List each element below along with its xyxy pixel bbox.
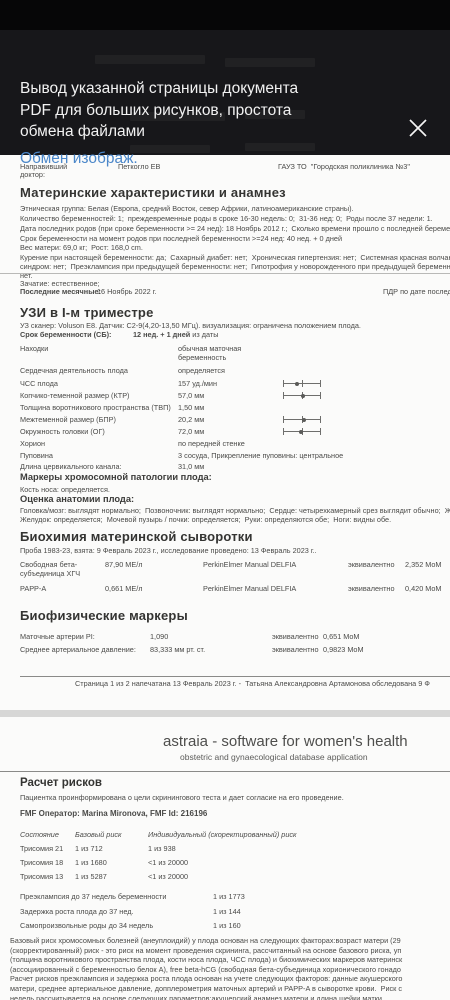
risk-row-adjusted: <1 из 20000 — [148, 873, 188, 881]
risk-row-condition: Трисомия 18 — [20, 859, 63, 867]
risk-row-adjusted: 1 из 938 — [148, 845, 176, 853]
biophys-mom: 0,9823 MoM — [323, 646, 364, 654]
uzi-row-value: 157 уд./мин — [178, 380, 217, 388]
maternal-line: синдром: нет; Преэклампсия при предыдуще… — [20, 263, 450, 271]
footer-rule — [20, 676, 450, 677]
uzi-row-label: Длина цервикального канала: — [20, 463, 122, 471]
astraia-subtitle: obstetric and gynaecological database ap… — [180, 753, 368, 763]
explanation-line: Базовый риск хромосомных болезней (анеуп… — [10, 937, 401, 945]
explanation-line: (ассоциированный с беременностью белок А… — [10, 966, 401, 974]
banner-message: Вывод указанной страницы документа PDF д… — [20, 78, 332, 143]
biochem-mom: 0,420 MoM — [405, 585, 442, 593]
uzi-row-value: 72,0 мм — [178, 428, 204, 436]
normal-range-indicator — [283, 391, 321, 400]
biophys-equiv: эквивалентно — [272, 633, 319, 641]
explanation-line: (скорректированный) риск - это риск на м… — [10, 947, 401, 955]
extra-risk-value: 1 из 160 — [213, 922, 241, 930]
uzi-row-label: Межтеменной размер (БПР) — [20, 416, 116, 424]
lmp-value: 16 Ноябрь 2022 г. — [97, 288, 157, 296]
pdf-page-2: astraia - software for women's health ob… — [0, 717, 450, 1000]
risk-calc-title: Расчет рисков — [20, 777, 102, 790]
uzi-row-label: ЧСС плода — [20, 380, 58, 388]
ga-value: 12 нед. + 1 дней из даты — [133, 331, 218, 339]
uzi-row-value: по передней стенке — [178, 440, 245, 448]
astraia-title: astraia - software for women's health — [163, 733, 408, 750]
uzi-row-label: Окружность головки (ОГ) — [20, 428, 105, 436]
maternal-line: Количество беременностей: 1; преждевреме… — [20, 215, 433, 223]
biochem-value: 87,90 МЕ/л — [105, 561, 143, 569]
biochem-method: PerkinElmer Manual DELFIA — [203, 585, 296, 593]
risk-row-adjusted: <1 из 20000 — [148, 859, 188, 867]
biochem-label: субъединица ХГЧ — [20, 570, 80, 578]
uzi-row-value: определяется — [178, 367, 225, 375]
header-rule — [0, 771, 450, 772]
normal-range-indicator — [283, 415, 321, 424]
uzi-row-label: Хорион — [20, 440, 45, 448]
biophys-value: 83,333 мм рт. ст. — [150, 646, 205, 654]
edd-note: ПДР по дате послед — [383, 288, 450, 296]
close-icon[interactable] — [402, 112, 434, 144]
anatomy-line: Желудок: определяется; Мочевой пузырь / … — [20, 516, 391, 524]
page-break-gap — [0, 710, 450, 717]
extra-risk-label: Самопроизвольные роды до 34 недель — [20, 922, 153, 930]
risk-col-header: Состояние — [20, 831, 59, 839]
extra-risk-label: Задержка роста плода до 37 нед. — [20, 908, 134, 916]
extra-risk-value: 1 из 1773 — [213, 893, 245, 901]
maternal-history-title: Материнские характеристики и анамнез — [20, 186, 286, 201]
uzi-row-value: 1,50 мм — [178, 404, 204, 412]
risk-row-condition: Трисомия 13 — [20, 873, 63, 881]
biophys-value: 1,090 — [150, 633, 168, 641]
pdf-page-1: Направивший доктор: Петкогло ЕВ ГАУЗ ТО … — [0, 155, 450, 710]
risk-row-base: 1 из 1680 — [75, 859, 107, 867]
pdf-info-banner: Вывод указанной страницы документа PDF д… — [0, 30, 450, 155]
extra-risk-label: Преэклампсия до 37 недель беременности — [20, 893, 166, 901]
risk-col-header: Индивидуальный (скоректированный) риск — [148, 831, 297, 839]
biophys-equiv: эквивалентно — [272, 646, 319, 654]
scan-artifact-line — [0, 273, 450, 274]
uzi-row-value: 20,2 мм — [178, 416, 204, 424]
sample-line: Проба 1983-23, взята: 9 Февраль 2023 г.,… — [20, 547, 317, 555]
biochem-equiv: эквивалентно — [348, 585, 395, 593]
maternal-line: Дата последних родов (при сроке беременн… — [20, 225, 450, 233]
uzi-row-label: Находки — [20, 345, 48, 353]
consent-line: Пациентка проинформирована о цели скрини… — [20, 794, 344, 802]
biophysical-title: Биофизические маркеры — [20, 609, 188, 624]
ultrasound-title: УЗИ в I-м триместре — [20, 306, 154, 321]
extra-risk-value: 1 из 144 — [213, 908, 241, 916]
biochem-equiv: эквивалентно — [348, 561, 395, 569]
ghost-text — [95, 55, 205, 64]
fmf-operator-line: FMF Оператор: Marina Mironova, FMF Id: 2… — [20, 809, 207, 818]
biophys-mom: 0,651 MoM — [323, 633, 360, 641]
biophys-label: Маточные артерии PI: — [20, 633, 95, 641]
clinic-name: ГАУЗ ТО "Городская поликлиника №3" — [278, 163, 410, 171]
share-image-link[interactable]: Обмен изображ. — [20, 150, 138, 168]
biochem-method: PerkinElmer Manual DELFIA — [203, 561, 296, 569]
explanation-line: Расчет рисков преэклампсия и задержка ро… — [10, 975, 402, 983]
page1-footer: Страница 1 из 2 напечатана 13 Февраль 20… — [75, 680, 430, 688]
normal-range-indicator — [283, 379, 321, 388]
biochem-label: PAPP-A — [20, 585, 46, 593]
status-bar — [0, 0, 450, 30]
uzi-row-value: 31,0 мм — [178, 463, 204, 471]
uzi-row-value: беременность — [178, 354, 226, 362]
uzi-row-label: Копчико-теменной размер (КТР) — [20, 392, 130, 400]
biochem-mom: 2,352 MoM — [405, 561, 442, 569]
biochem-value: 0,661 МЕ/л — [105, 585, 143, 593]
ghost-text — [225, 58, 315, 67]
explanation-line: матери, среднее артериальное давление, д… — [10, 985, 402, 993]
ghost-text — [130, 145, 210, 153]
risk-col-header: Базовый риск — [75, 831, 122, 839]
uzi-row-value: 57,0 мм — [178, 392, 204, 400]
ga-label: Срок беременности (СБ): — [20, 331, 111, 339]
uzi-row-value: 3 сосуда, Прикрепление пуповины: централ… — [178, 452, 343, 460]
risk-row-base: 1 из 712 — [75, 845, 103, 853]
lmp-label: Последние месячные: — [20, 288, 101, 296]
ghost-text — [245, 143, 315, 151]
chromosome-markers-title: Маркеры хромосомной патологии плода: — [20, 472, 212, 483]
normal-range-indicator — [283, 427, 321, 436]
risk-row-condition: Трисомия 21 — [20, 845, 63, 853]
maternal-line: Этническая группа: Белая (Европа, средни… — [20, 205, 354, 213]
biophys-label: Среднее артериальное давление: — [20, 646, 136, 654]
uzi-row-label: Сердечная деятельность плода — [20, 367, 128, 375]
uzi-row-label: Пуповина — [20, 452, 53, 460]
anatomy-title: Оценка анатомии плода: — [20, 494, 134, 505]
explanation-line: недель рассчитывается на основе следующи… — [10, 995, 382, 1000]
uzi-row-label: Толщина воротникового пространства (ТВП) — [20, 404, 171, 412]
risk-row-base: 1 из 5287 — [75, 873, 107, 881]
maternal-line: Вес матери: 69,0 кг; Рост: 168,0 cm. — [20, 244, 143, 252]
biochemistry-title: Биохимия материнской сыворотки — [20, 530, 253, 545]
screen: { "overlay": { "message": "Вывод указанн… — [0, 0, 450, 1000]
explanation-line: (толщина воротникового пространства плод… — [10, 956, 402, 964]
